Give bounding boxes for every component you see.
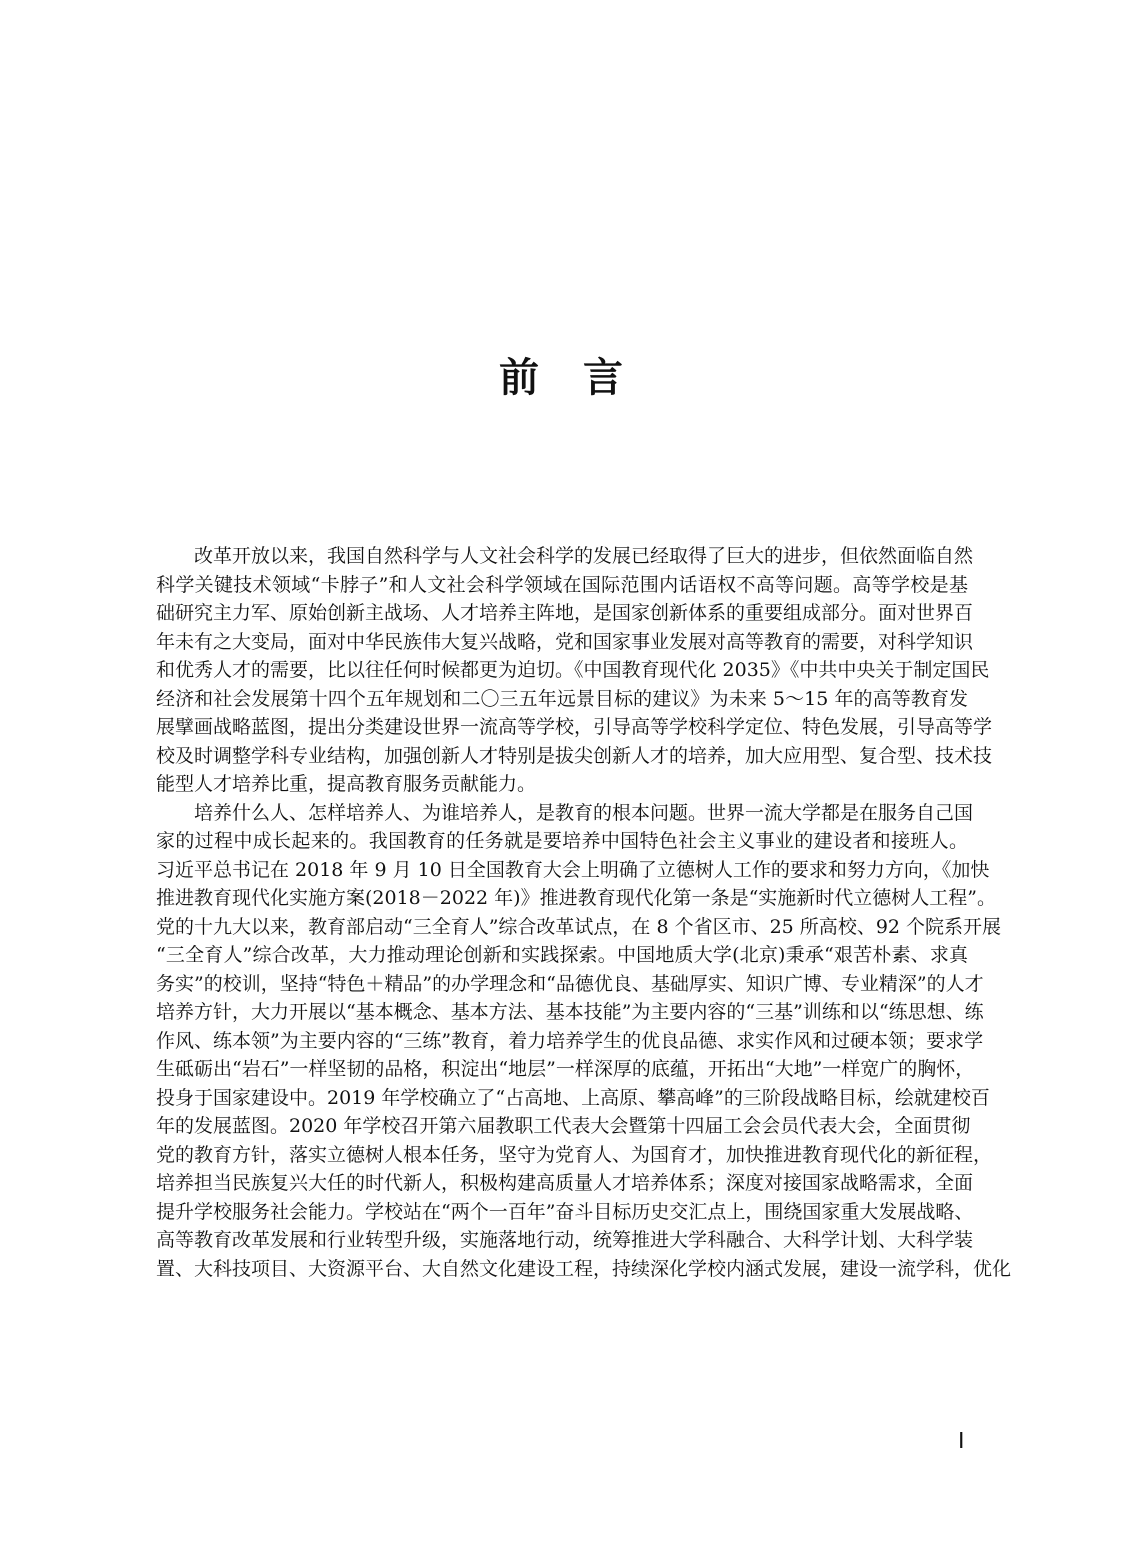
text-line: 推进教育现代化实施方案(2018－2022 年)》推进教育现代化第一条是“实施新… (156, 884, 968, 913)
text-line: 年未有之大变局，面对中华民族伟大复兴战略，党和国家事业发展对高等教育的需要，对科… (156, 628, 968, 657)
text-line: 培养方针，大力开展以“基本概念、基本方法、基本技能”为主要内容的“三基”训练和以… (156, 998, 968, 1027)
text-line: 习近平总书记在 2018 年 9 月 10 日全国教育大会上明确了立德树人工作的… (156, 856, 968, 885)
paragraph-1: 改革开放以来，我国自然科学与人文社会科学的发展已经取得了巨大的进步，但依然面临自… (156, 542, 968, 799)
page-title: 前言 (0, 353, 1122, 403)
text-line: 家的过程中成长起来的。我国教育的任务就是要培养中国特色社会主义事业的建设者和接班… (156, 827, 968, 856)
text-line: 培养什么人、怎样培养人、为谁培养人，是教育的根本问题。世界一流大学都是在服务自己… (156, 799, 968, 828)
page-number: Ⅰ (958, 1428, 965, 1454)
text-line: 经济和社会发展第十四个五年规划和二〇三五年远景目标的建议》为未来 5～15 年的… (156, 685, 968, 714)
text-line: 和优秀人才的需要，比以往任何时候都更为迫切。《中国教育现代化 2035》《中共中… (156, 656, 968, 685)
text-line: 校及时调整学科专业结构，加强创新人才特别是拔尖创新人才的培养，加大应用型、复合型… (156, 742, 968, 771)
text-line: 培养担当民族复兴大任的时代新人，积极构建高质量人才培养体系；深度对接国家战略需求… (156, 1169, 968, 1198)
text-line: 展擘画战略蓝图，提出分类建设世界一流高等学校，引导高等学校科学定位、特色发展，引… (156, 713, 968, 742)
text-line: 务实”的校训，坚持“特色＋精品”的办学理念和“品德优良、基础厚实、知识广博、专业… (156, 970, 968, 999)
text-line: 生砥砺出“岩石”一样坚韧的品格，积淀出“地层”一样深厚的底蕴，开拓出“大地”一样… (156, 1055, 968, 1084)
text-line: “三全育人”综合改革，大力推动理论创新和实践探索。中国地质大学(北京)秉承“艰苦… (156, 941, 968, 970)
text-line: 础研究主力军、原始创新主战场、人才培养主阵地，是国家创新体系的重要组成部分。面对… (156, 599, 968, 628)
text-line: 能型人才培养比重，提高教育服务贡献能力。 (156, 770, 968, 799)
document-page: 前言 改革开放以来，我国自然科学与人文社会科学的发展已经取得了巨大的进步，但依然… (0, 0, 1122, 1547)
text-line: 高等教育改革发展和行业转型升级，实施落地行动，统筹推进大学科融合、大科学计划、大… (156, 1226, 968, 1255)
text-line: 党的教育方针，落实立德树人根本任务，坚守为党育人、为国育才，加快推进教育现代化的… (156, 1141, 968, 1170)
title-char-2: 言 (583, 354, 623, 401)
text-line: 作风、练本领”为主要内容的“三练”教育，着力培养学生的优良品德、求实作风和过硬本… (156, 1027, 968, 1056)
text-line: 科学关键技术领域“卡脖子”和人文社会科学领域在国际范围内话语权不高等问题。高等学… (156, 571, 968, 600)
text-line: 置、大科技项目、大资源平台、大自然文化建设工程，持续深化学校内涵式发展，建设一流… (156, 1255, 968, 1284)
title-char-1: 前 (499, 354, 539, 401)
text-line: 提升学校服务社会能力。学校站在“两个一百年”奋斗目标历史交汇点上，围绕国家重大发… (156, 1198, 968, 1227)
text-line: 投身于国家建设中。2019 年学校确立了“占高地、上高原、攀高峰”的三阶段战略目… (156, 1084, 968, 1113)
text-line: 党的十九大以来，教育部启动“三全育人”综合改革试点，在 8 个省区市、25 所高… (156, 913, 968, 942)
text-line: 改革开放以来，我国自然科学与人文社会科学的发展已经取得了巨大的进步，但依然面临自… (156, 542, 968, 571)
preface-body: 改革开放以来，我国自然科学与人文社会科学的发展已经取得了巨大的进步，但依然面临自… (156, 542, 968, 1283)
paragraph-2: 培养什么人、怎样培养人、为谁培养人，是教育的根本问题。世界一流大学都是在服务自己… (156, 799, 968, 1284)
text-line: 年的发展蓝图。2020 年学校召开第六届教职工代表大会暨第十四届工会会员代表大会… (156, 1112, 968, 1141)
